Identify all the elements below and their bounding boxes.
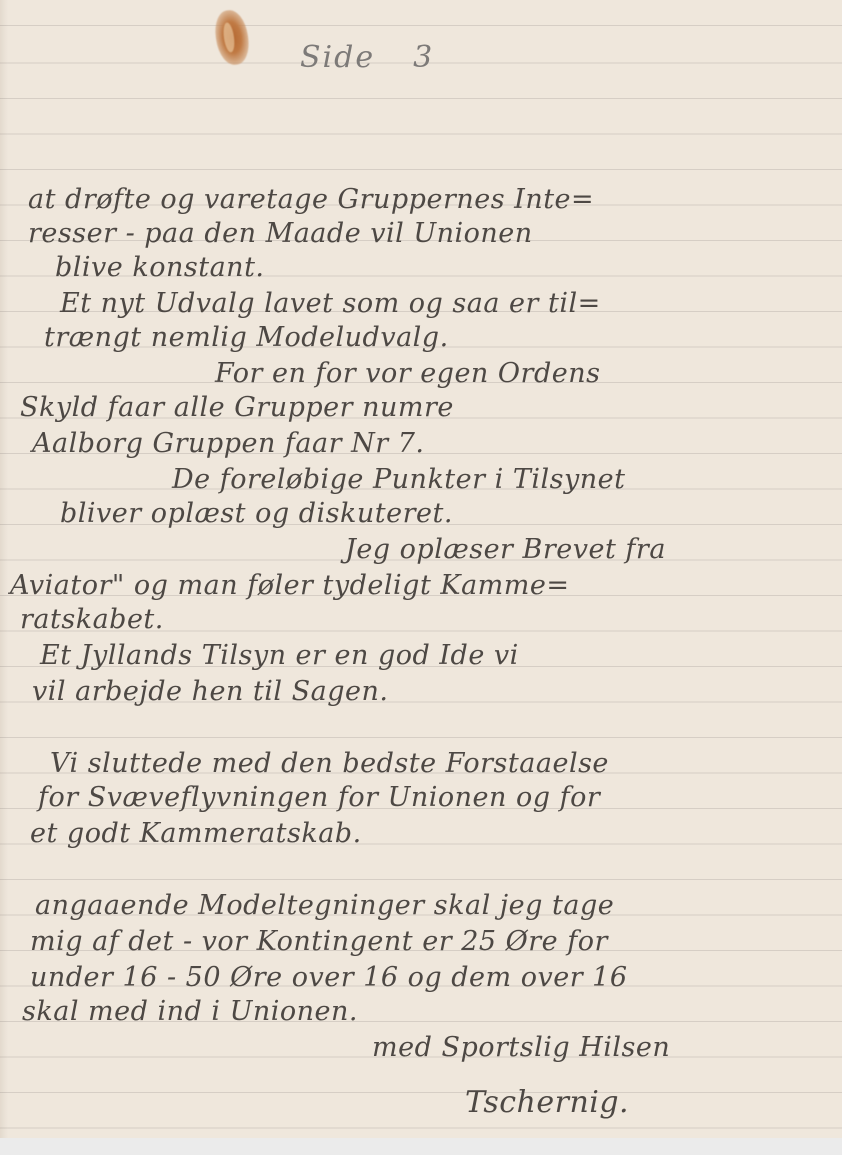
letter-line: resser - paa den Maade vil Unionen: [28, 218, 533, 249]
letter-line: at drøfte og varetage Gruppernes Inte=: [28, 184, 594, 215]
letter-line: Jeg oplæser Brevet fra: [345, 534, 666, 565]
letter-line: Skyld faar alle Grupper numre: [20, 392, 454, 423]
letter-line: Et nyt Udvalg lavet som og saa er til=: [60, 288, 601, 319]
letter-line: For en for vor egen Ordens: [215, 358, 600, 389]
letter-line: Aalborg Gruppen faar Nr 7.: [32, 428, 424, 459]
letter-line: De foreløbige Punkter i Tilsynet: [172, 464, 625, 495]
page-heading-label: Side: [300, 40, 375, 75]
signature: Tschernig.: [465, 1085, 629, 1120]
letter-line: blive konstant.: [55, 252, 265, 283]
letter-line: vil arbejde hen til Sagen.: [32, 676, 388, 707]
letter-page: Side3 at drøfte og varetage Gruppernes I…: [0, 0, 842, 1138]
rust-stain: [212, 8, 251, 67]
letter-line: mig af det - vor Kontingent er 25 Øre fo…: [30, 926, 608, 957]
letter-line: trængt nemlig Modeludvalg.: [44, 322, 449, 353]
letter-line: ratskabet.: [20, 604, 164, 635]
letter-line: Et Jyllands Tilsyn er en god Ide vi: [40, 640, 519, 671]
page-heading: Side3: [300, 40, 434, 75]
closing-salutation: med Sportslig Hilsen: [372, 1032, 670, 1063]
letter-line: for Svæveflyvningen for Unionen og for: [38, 782, 600, 813]
letter-line: skal med ind i Unionen.: [22, 996, 358, 1027]
letter-line: Aviator" og man føler tydeligt Kamme=: [10, 570, 569, 601]
letter-line: bliver oplæst og diskuteret.: [60, 498, 453, 529]
letter-line: under 16 - 50 Øre over 16 og dem over 16: [30, 962, 628, 993]
letter-line: angaaende Modeltegninger skal jeg tage: [35, 890, 614, 921]
page-number: 3: [413, 40, 434, 75]
letter-line: et godt Kammeratskab.: [30, 818, 362, 849]
letter-line: Vi sluttede med den bedste Forstaaelse: [50, 748, 609, 779]
scan-margin: [0, 1138, 842, 1155]
